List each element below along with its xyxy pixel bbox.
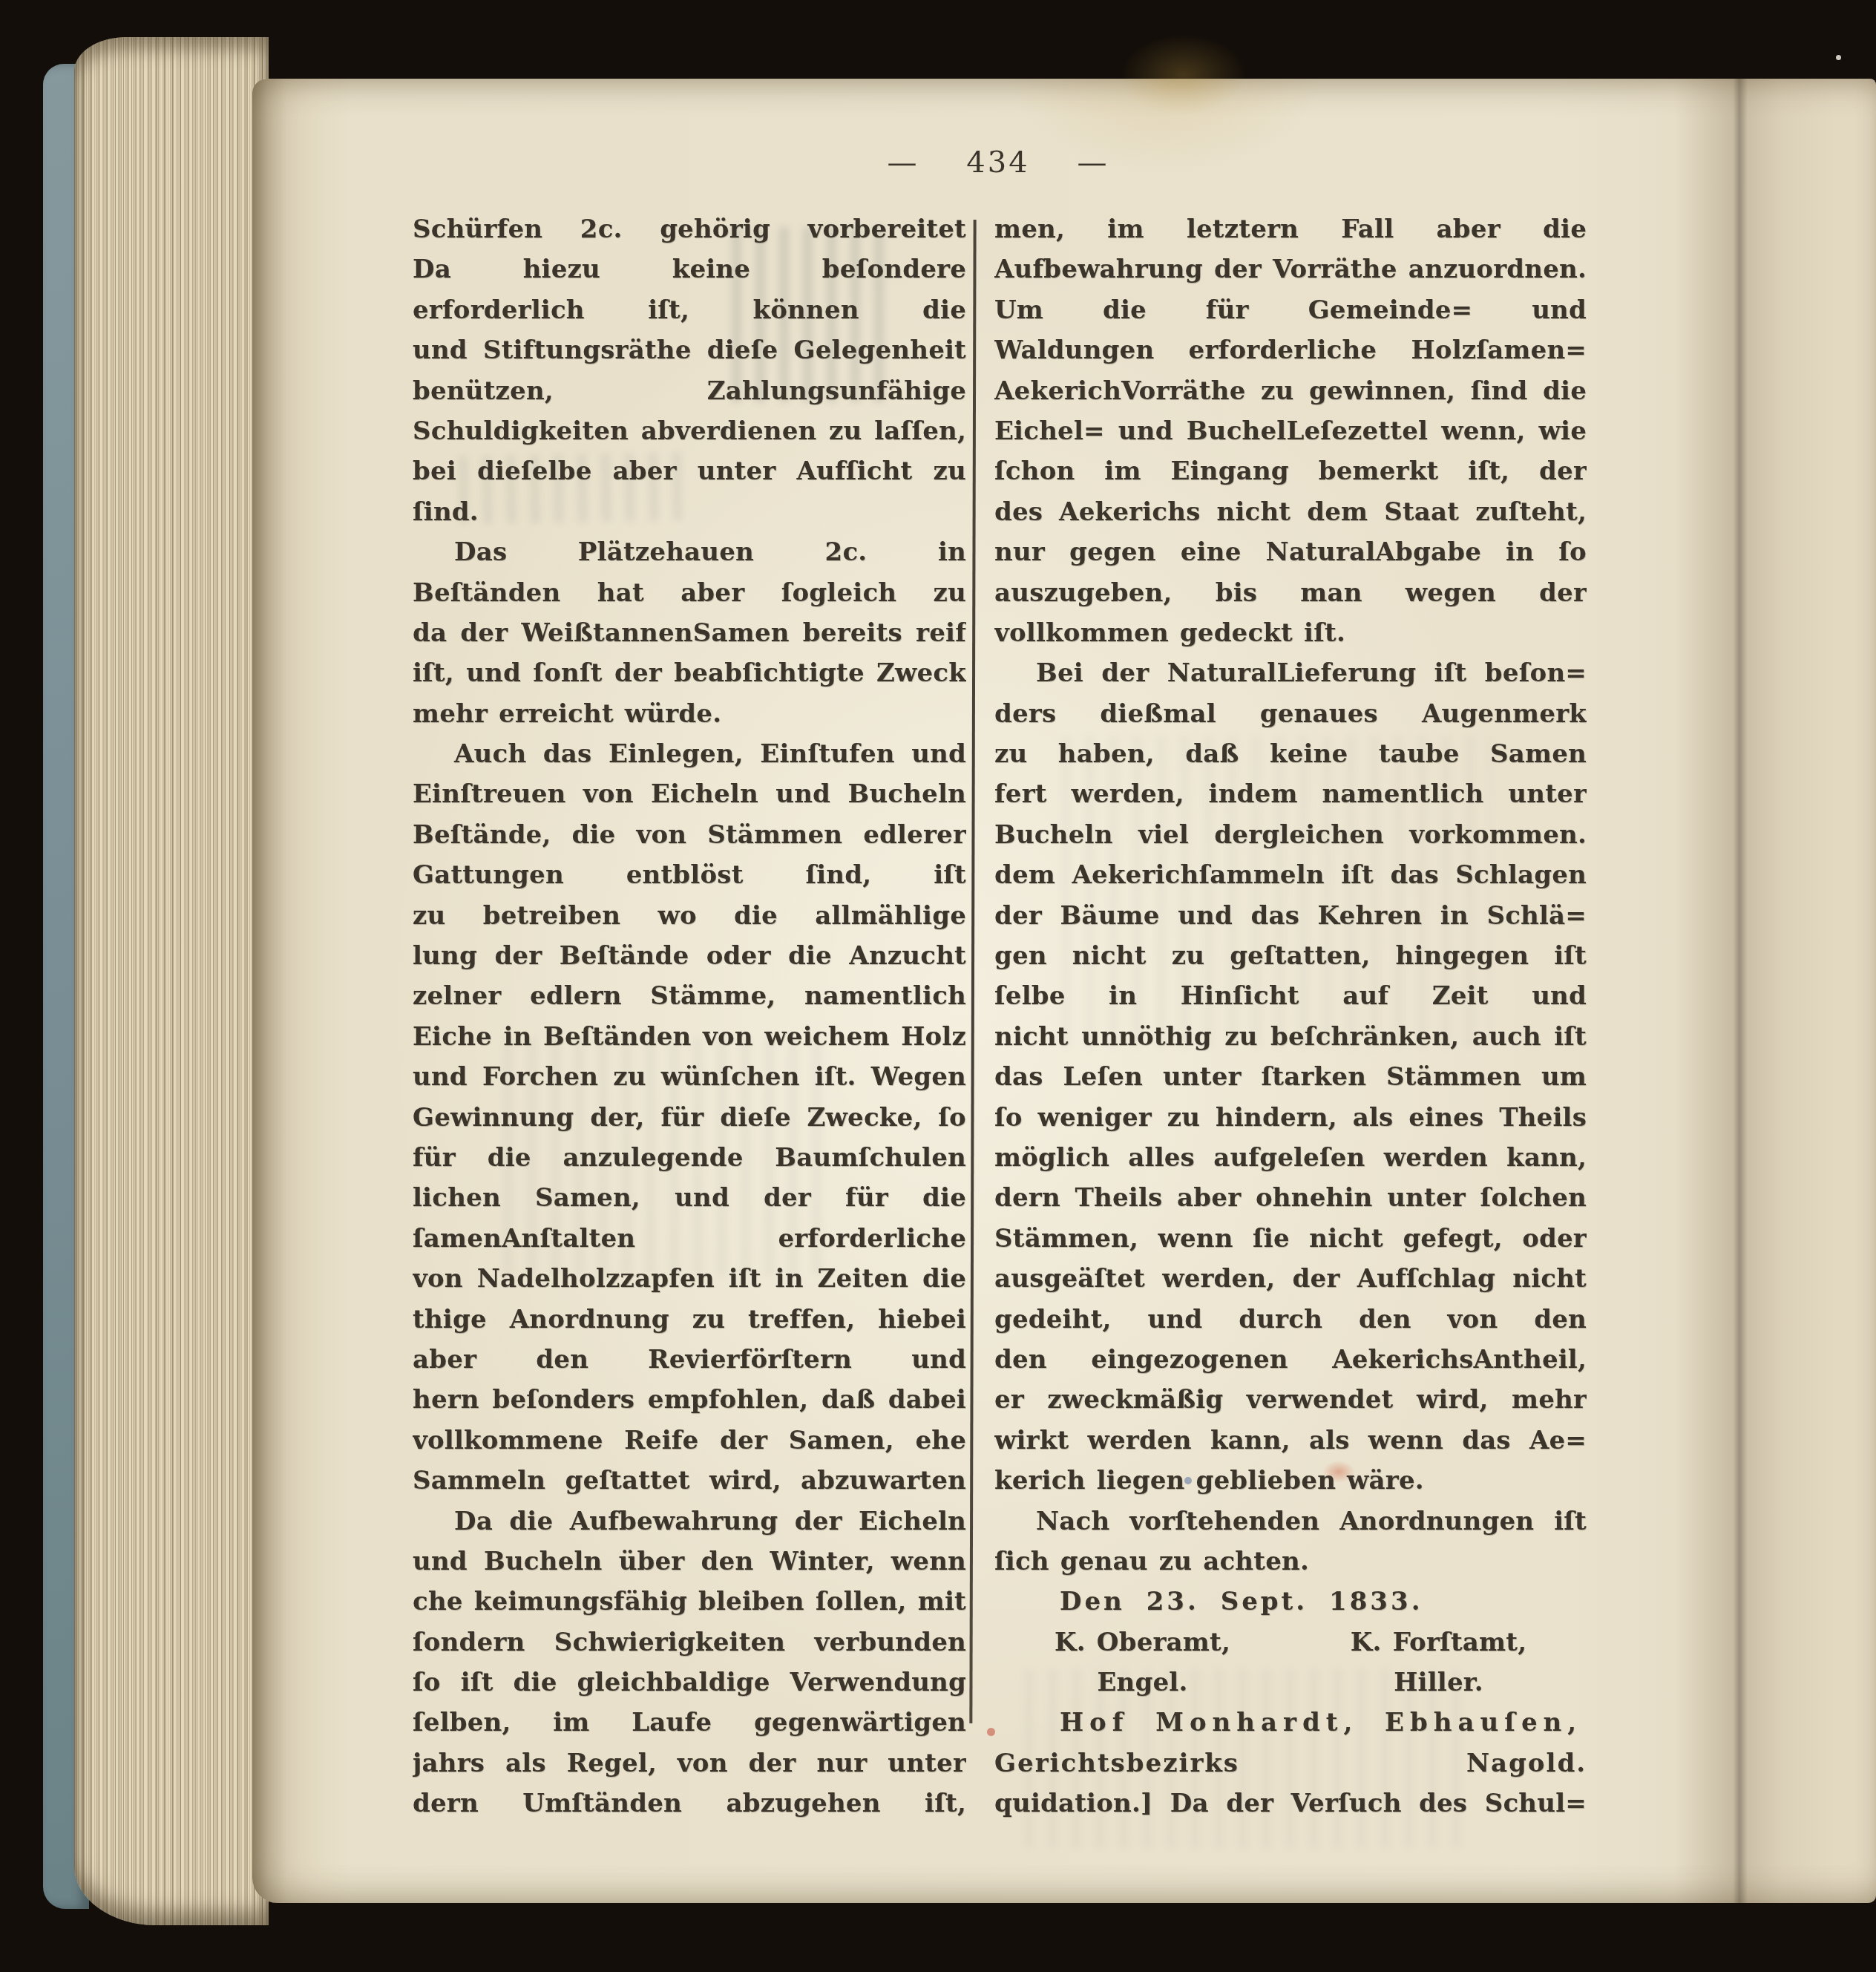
text-line: dern Theils aber ohnehin unter ſolchen: [994, 1178, 1587, 1218]
text-line: kerich liegen geblieben wäre.: [994, 1461, 1587, 1501]
text-line: gen nicht zu geſtatten, hingegen iſt daſ…: [994, 936, 1587, 976]
text-line: den eingezogenen AekerichsAntheil, wenn: [994, 1340, 1587, 1380]
text-line: Bei der NaturalLieferung iſt beſon=: [994, 653, 1587, 693]
text-line: dern Umſtänden abzugehen iſt, vorzuneh=: [413, 1783, 966, 1824]
text-line: Eichel= und BuchelLeſezettel wenn, wie: [994, 411, 1587, 451]
signature-office: K. Oberamt,: [994, 1622, 1290, 1663]
text-line: iſt, und ſonſt der beabſichtigte Zweck n…: [413, 653, 966, 693]
text-line: ſchon im Eingang bemerkt iſt, der Bezug: [994, 451, 1587, 491]
text-line: lichen Samen, und der für die Nadelholz=: [413, 1178, 966, 1218]
text-line: ders dießmal genaues Augenmerk darauf: [994, 694, 1587, 734]
paragraph: Den 23. Sept. 1833.: [994, 1582, 1587, 1622]
signature-forstamt: K. Forſtamt, Hiller.: [1290, 1622, 1587, 1703]
text-line: bei dieſelbe aber unter Aufſicht zu ſtel…: [413, 451, 966, 491]
signatures-block: K. Oberamt, Engel. K. Forſtamt, Hiller.: [994, 1622, 1587, 1703]
text-line: Schuldigkeiten abverdienen zu laſſen, wo…: [413, 411, 966, 451]
text-line: da der WeißtannenSamen bereits reif: [413, 613, 966, 653]
text-line: Sammeln geſtattet wird, abzuwarten ſey.: [413, 1461, 966, 1501]
dust-speck: [1836, 55, 1841, 60]
text-line: Stämmen, wenn ſie nicht gefegt, oder: [994, 1219, 1587, 1259]
text-line: zu haben, daß keine taube Samen gelie=: [994, 734, 1587, 774]
text-line: das Leſen unter ſtarken Stämmen um: [994, 1057, 1587, 1097]
text-line: Beſtänden hat aber ſogleich zu geſchehen…: [413, 573, 966, 613]
signature-name: Engel.: [994, 1663, 1290, 1703]
text-line: ſelbe in Hinſicht auf Zeit und Oertlichk…: [994, 976, 1587, 1016]
text-line: nicht unnöthig zu beſchränken, auch iſt: [994, 1017, 1587, 1057]
text-line: Einſtreuen von Eicheln und Bucheln in: [413, 774, 966, 814]
text-line: Den 23. Sept. 1833.: [994, 1582, 1587, 1622]
text-line: möglich alles aufgeleſen werden kann, an…: [994, 1138, 1587, 1178]
text-line: ſondern Schwierigkeiten verbunden iſt,: [413, 1622, 966, 1663]
text-line: hern beſonders empfohlen, daß dabei die: [413, 1380, 966, 1420]
text-line: Das Plätzehauen 2c. in Weißtannen=: [413, 532, 966, 572]
text-line: aber den Revierförſtern und Ortsvorſte=: [413, 1340, 966, 1380]
text-line: Da hiezu keine beſondere Geſchicklichkei…: [413, 249, 966, 289]
signature-oberamt: K. Oberamt, Engel.: [994, 1622, 1290, 1703]
text-line: Waldungen erforderliche Holzſamen= und: [994, 330, 1587, 370]
text-line: Aufbewahrung der Vorräthe anzuordnen.: [994, 249, 1587, 289]
text-line: und Forchen zu wünſchen iſt. Wegen: [413, 1057, 966, 1097]
paragraph: men, im letztern Fall aber die angemeſſe…: [994, 209, 1587, 653]
text-line: benützen, Zahlungsunfähige Debenten ihre: [413, 371, 966, 411]
page-crease: [252, 79, 286, 1903]
right-column-text-top: men, im letztern Fall aber die angemeſſe…: [994, 209, 1587, 1622]
text-line: zelner edlern Stämme, namentlich der: [413, 976, 966, 1016]
text-line: AekerichVorräthe zu gewinnen, ſind die: [994, 371, 1587, 411]
text-line: und Stiftungsräthe dieſe Gelegenheit: [413, 330, 966, 370]
text-line: gedeiht, und durch den von den Sammeln=: [994, 1300, 1587, 1340]
text-line: Gewinnung der, für dieſe Zwecke, ſo wie: [413, 1098, 966, 1138]
text-line: Eiche in Beſtänden von weichem Holz: [413, 1017, 966, 1057]
text-line: er zweckmäßig verwendet wird, mehr be=: [994, 1380, 1587, 1420]
paragraph: Auch das Einlegen, Einſtufen undEinſtreu…: [413, 734, 966, 1501]
paragraph: Das Plätzehauen 2c. in Weißtannen=Beſtän…: [413, 532, 966, 734]
text-line: Schürfen 2c. gehörig vorbereitet werden.: [413, 209, 966, 249]
text-line: des Aekerichs nicht dem Staat zuſteht,: [994, 492, 1587, 532]
text-line: Um die für Gemeinde= und Körperſchafts=: [994, 290, 1587, 330]
paragraph: Schürfen 2c. gehörig vorbereitet werden.…: [413, 209, 966, 532]
text-line: ſich genau zu achten.: [994, 1542, 1587, 1582]
paragraph: Bei der NaturalLieferung iſt beſon=ders …: [994, 653, 1587, 1501]
paragraph: Hof Monhardt, Ebhauſen,Gerichtsbezirks N…: [994, 1703, 1587, 1824]
paragraph: Da die Aufbewahrung der Eichelnund Buche…: [413, 1501, 966, 1824]
text-line: vollkommen gedeckt iſt.: [994, 613, 1587, 653]
text-line: lung der Beſtände oder die Anzucht ein=: [413, 936, 966, 976]
text-line: mehr erreicht würde.: [413, 694, 966, 734]
text-line: Auch das Einlegen, Einſtufen und: [413, 734, 966, 774]
text-line: erforderlich iſt, können die Gemeinde=: [413, 290, 966, 330]
text-line: von Nadelholzzapfen iſt in Zeiten die nö…: [413, 1259, 966, 1299]
text-line: Da die Aufbewahrung der Eicheln: [413, 1501, 966, 1542]
text-line: men, im letztern Fall aber die angemeſſe…: [994, 209, 1587, 249]
text-line: dem Aekerichſammeln iſt das Schlagen: [994, 855, 1587, 895]
text-line: ſo iſt die gleichbaldige Verwendung der=: [413, 1663, 966, 1703]
signature-office: K. Forſtamt,: [1290, 1622, 1587, 1663]
text-line: und Bucheln über den Winter, wenn ſol=: [413, 1542, 966, 1582]
text-line: Gerichtsbezirks Nagold. [SchuldenLi=: [994, 1743, 1587, 1783]
text-line: fert werden, indem namentlich unter den: [994, 774, 1587, 814]
right-column: men, im letztern Fall aber die angemeſſe…: [994, 209, 1587, 1824]
text-line: ſamenAnſtalten erforderliche Vorräthe: [413, 1219, 966, 1259]
text-line: nur gegen eine NaturalAbgabe in ſo weit: [994, 532, 1587, 572]
text-line: ſelben, im Laufe gegenwärtigen Spät=: [413, 1703, 966, 1743]
text-line: wirkt werden kann, als wenn das Ae=: [994, 1421, 1587, 1461]
signature-name: Hiller.: [1290, 1663, 1587, 1703]
text-line: ſind.: [413, 492, 966, 532]
text-line: Nach vorſtehenden Anordnungen iſt: [994, 1501, 1587, 1542]
text-line: quidation.] Da der Verſuch des Schul=: [994, 1783, 1587, 1824]
text-line: der Bäume und das Kehren in Schlä=: [994, 896, 1587, 936]
text-line: für die anzulegende Baumſchulen erforder…: [413, 1138, 966, 1178]
text-line: Gattungen entblöst ſind, iſt beſonders d…: [413, 855, 966, 895]
book-photo: — 434 — Schürfen 2c. gehörig vorbereitet…: [0, 0, 1876, 1972]
page-edge-stack: [74, 37, 269, 1925]
text-line: thige Anordnung zu treffen, hiebei wird: [413, 1300, 966, 1340]
text-line: Bucheln viel dergleichen vorkommen. Bei: [994, 815, 1587, 855]
text-line: vollkommene Reife der Samen, ehe das: [413, 1421, 966, 1461]
text-line: auszugeben, bis man wegen der Vorräthe: [994, 573, 1587, 613]
text-line: jahrs als Regel, von der nur unter beſon…: [413, 1743, 966, 1783]
right-column-text-bottom: Hof Monhardt, Ebhauſen,Gerichtsbezirks N…: [994, 1703, 1587, 1824]
text-line: Beſtände, die von Stämmen edlerer Holz=: [413, 815, 966, 855]
text-line: zu betreiben wo die allmählige Vered=: [413, 896, 966, 936]
text-line: che keimungsfähig bleiben ſollen, mit be…: [413, 1582, 966, 1622]
left-column-text: Schürfen 2c. gehörig vorbereitet werden.…: [413, 209, 966, 1824]
text-line: ſo weniger zu hindern, als eines Theils …: [994, 1098, 1587, 1138]
left-column: Schürfen 2c. gehörig vorbereitet werden.…: [413, 209, 966, 1824]
text-line: ausgeäſtet werden, der Aufſchlag nicht: [994, 1259, 1587, 1299]
page-number: — 434 —: [404, 145, 1592, 180]
text-line: Hof Monhardt, Ebhauſen,: [994, 1703, 1587, 1743]
paragraph: Nach vorſtehenden Anordnungen iſtſich ge…: [994, 1501, 1587, 1582]
